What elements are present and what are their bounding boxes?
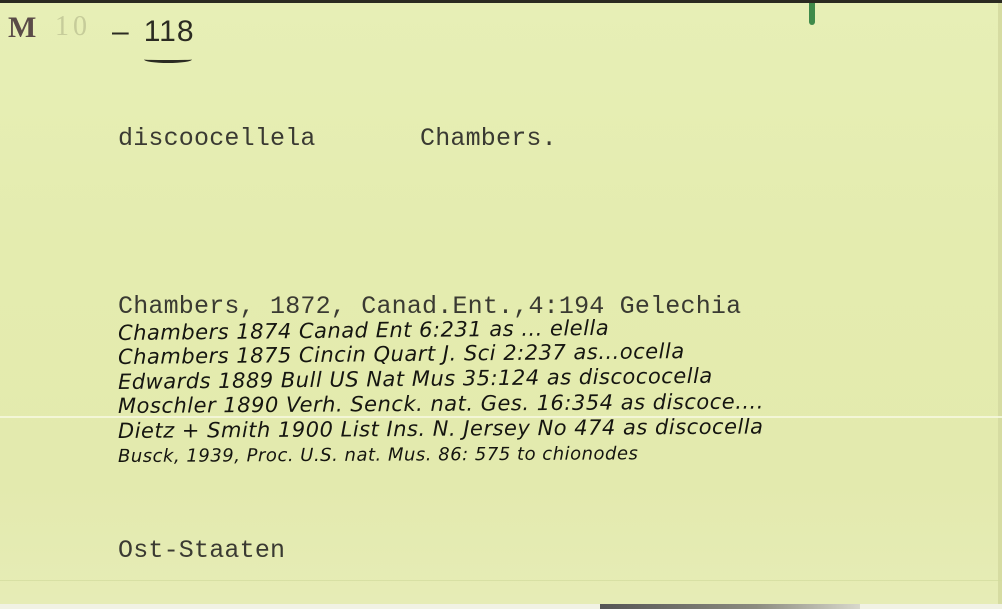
distribution: Ost-Staaten [118,536,285,565]
species-author: Chambers. [420,124,557,153]
card-bottom-shadow [600,604,860,609]
stamp-letter: M [8,11,37,45]
green-tab-marker [809,3,815,25]
species-name: discoocellela [118,124,316,153]
handwritten-citation: Busck, 1939, Proc. U.S. nat. Mus. 86: 57… [118,443,639,467]
index-card: M 10 –118 discoocellela Chambers. Chambe… [0,0,1002,604]
card-number-dash: – [112,15,130,49]
scan-artifact-line [0,416,1002,418]
handwritten-citation: Dietz + Smith 1900 List Ins. N. Jersey N… [118,414,764,443]
handwritten-citation: Edwards 1889 Bull US Nat Mus 35:124 as d… [118,364,713,394]
card-number-value: 118 [144,15,195,48]
original-citation: Chambers, 1872, Canad.Ent.,4:194 Gelechi… [118,292,741,321]
stamp-ghost-number: 10 [55,11,91,43]
card-number: –118 [112,15,195,49]
card-number-underline [144,56,192,63]
scan-artifact-line [0,580,1002,581]
card-right-edge [998,3,1002,604]
handwritten-citation: Moschler 1890 Verh. Senck. nat. Ges. 16:… [118,389,764,418]
